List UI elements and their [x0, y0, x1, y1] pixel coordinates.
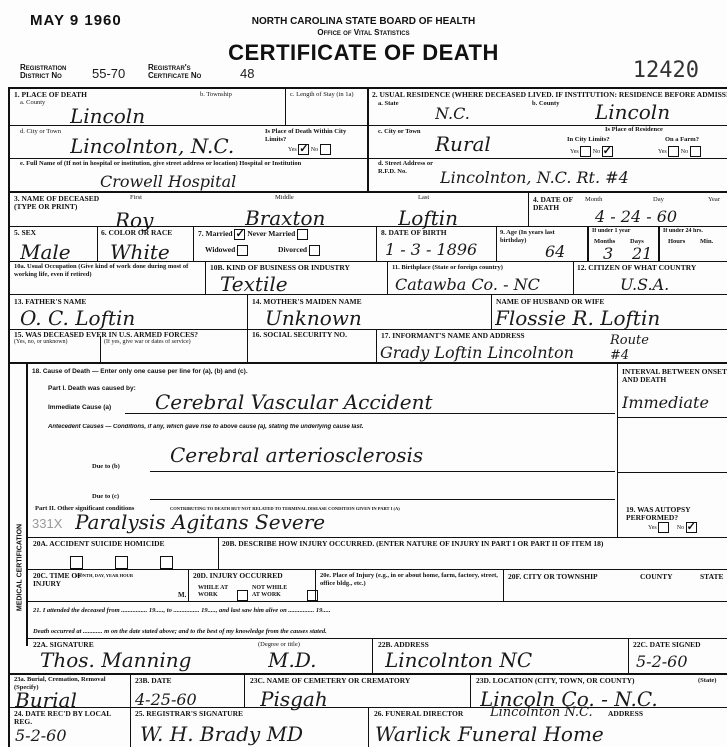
- length-of-stay-label: c. Length of Stay (in 1a): [290, 91, 365, 99]
- divorced-label: Divorced: [278, 245, 307, 254]
- death-occurred-statement: Death occurred at ............ m on the …: [33, 628, 633, 635]
- divider: [628, 638, 629, 674]
- min-label: Min.: [700, 238, 725, 246]
- divider: [285, 89, 286, 125]
- accident-label: 20a. Accident Suicide Homicide: [33, 540, 213, 548]
- injury-occurred-label: 20d. Injury Occurred: [193, 572, 313, 580]
- on-farm-yes-checkbox[interactable]: [668, 146, 679, 157]
- street-label: d. Street Address or R.F.D. No.: [378, 160, 438, 176]
- not-while-at-work-label: Not While at Work: [252, 585, 292, 599]
- divider: [193, 226, 194, 261]
- divider: [617, 417, 727, 418]
- date-recd-label: 24. Date Rec'd by Local Reg.: [14, 710, 129, 726]
- divider: [8, 191, 727, 193]
- death-city-value: Lincolnton, N.C.: [70, 134, 280, 158]
- on-farm-no-checkbox[interactable]: [690, 146, 701, 157]
- location-label: 23d. Location (City, town, or county): [476, 677, 656, 685]
- divider-vertical-top: [367, 87, 369, 192]
- citizen-label: 12. Citizen of What Country: [577, 264, 727, 272]
- divider: [368, 707, 369, 747]
- divider: [376, 226, 377, 261]
- widowed-label: Widowed: [205, 245, 235, 254]
- within-limits-yes-checkbox[interactable]: [298, 144, 309, 155]
- dob-value: 1 - 3 - 1896: [385, 240, 495, 259]
- divider: [150, 471, 615, 472]
- divider: [125, 413, 615, 414]
- injury-county-label: County: [640, 573, 690, 581]
- mother-label: 14. Mother's Maiden Name: [252, 298, 402, 306]
- registrar-cert-label: Registrar's Certificate No: [148, 64, 233, 80]
- reg-district-label: Registration District No: [20, 64, 90, 80]
- divider: [130, 673, 131, 747]
- divider: [470, 673, 471, 707]
- ssn-label: 16. Social Security No.: [252, 331, 372, 339]
- divider: [587, 226, 589, 261]
- widowed-checkbox[interactable]: [237, 245, 248, 256]
- divider: [503, 569, 504, 602]
- divider: [617, 499, 618, 537]
- document-title: CERTIFICATE OF DEATH: [0, 40, 727, 66]
- birthplace-label: 11. Birthplace (State or foreign country…: [392, 264, 542, 272]
- in-city-limits-no-checkbox[interactable]: [602, 146, 613, 157]
- time-m-label: M.: [178, 591, 193, 599]
- due-to-b-value: Cerebral arteriosclerosis: [170, 443, 570, 467]
- describe-injury-label: 20b. Describe how injury occurred. (Ente…: [222, 540, 722, 548]
- funeral-address-value: Lincolnton N.C.: [490, 705, 600, 720]
- injury-state-label: State: [700, 573, 727, 581]
- divider: [617, 472, 727, 473]
- divider: [315, 569, 316, 602]
- father-label: 13. Father's Name: [14, 298, 164, 306]
- part2-value: Paralysis Agitans Severe: [75, 510, 535, 534]
- divider: [28, 638, 727, 639]
- no-label: No: [681, 149, 688, 155]
- date-recd-value: 5-2-60: [15, 726, 125, 745]
- date-signed-label: 22c. Date Signed: [633, 641, 727, 649]
- divider: [10, 125, 368, 126]
- divider: [28, 569, 727, 570]
- due-to-c-label: Due to (c): [92, 493, 152, 500]
- divider: [28, 537, 727, 538]
- mother-value: Unknown: [265, 306, 415, 330]
- yes-label: Yes: [570, 149, 579, 155]
- divider: [387, 261, 388, 295]
- divider: [8, 673, 727, 675]
- res-city-label: c. City or Town: [378, 128, 423, 136]
- time-cols-label: Month, Day, Year Hour: [75, 573, 185, 578]
- immediate-cause-value: Cerebral Vascular Accident: [155, 390, 595, 414]
- funeral-address-label: Address: [608, 710, 658, 718]
- location-state-label: (State): [698, 677, 727, 685]
- county-label-2: b. County: [532, 100, 592, 108]
- office-name: Office of Vital Statistics: [0, 28, 727, 37]
- homicide-checkbox[interactable]: [160, 556, 173, 569]
- divorced-checkbox[interactable]: [309, 245, 320, 256]
- yes-label: Yes: [658, 149, 667, 155]
- funeral-director-value: Warlick Funeral Home: [375, 722, 725, 746]
- while-at-work-checkbox[interactable]: [237, 590, 248, 601]
- divider: [8, 329, 727, 330]
- deceased-name-label: 3. Name of Deceased (Type or Print): [14, 195, 104, 211]
- spouse-label: Name of Husband or Wife: [496, 298, 696, 306]
- divider: [376, 329, 377, 362]
- age-value: 64: [545, 242, 585, 261]
- place-of-death-label: 1. Place of Death: [14, 91, 184, 99]
- cemetery-label: 23c. Name of Cemetery or Crematory: [250, 677, 450, 685]
- attended-statement: 21. I attended the deceased from .......…: [33, 607, 727, 614]
- divider: [369, 158, 727, 159]
- date-of-death-value: 4 - 24 - 60: [595, 207, 725, 226]
- dob-label: 8. Date of Birth: [381, 229, 471, 237]
- under-24-hrs-label: If under 24 hrs.: [663, 228, 727, 235]
- usual-residence-label: 2. Usual Residence (Where deceased lived…: [372, 91, 727, 99]
- industry-label: 10b. Kind of Business or Industry: [210, 264, 390, 272]
- township-label: b. Township: [200, 91, 280, 99]
- divider: [528, 193, 529, 227]
- married-label: 7. Married: [198, 229, 233, 238]
- autopsy-yes-checkbox[interactable]: [658, 522, 669, 533]
- informant-value: Grady Loftin Lincolnton: [380, 343, 720, 362]
- medical-certification-label: MEDICAL CERTIFICATION: [17, 498, 24, 638]
- hours-label: Hours: [668, 238, 693, 246]
- burial-date-label: 23b. Date: [135, 677, 195, 685]
- city-label: d. City or Town: [20, 128, 65, 136]
- divider: [188, 569, 189, 602]
- married-checkbox[interactable]: [234, 229, 245, 240]
- middle-label: Middle: [275, 194, 315, 202]
- place-of-residence-label: Is Place of Residence: [605, 126, 725, 134]
- sex-label: 5. Sex: [14, 229, 54, 237]
- accident-checkbox[interactable]: [70, 556, 83, 569]
- registrar-signature-label: 25. Registrar's Signature: [135, 710, 285, 718]
- occupation-label: 10a. Usual Occupation (Give kind of work…: [14, 263, 199, 279]
- autopsy-label: 19. Was Autopsy Performed?: [626, 506, 726, 522]
- registrar-cert-value: 48: [240, 66, 254, 81]
- in-city-limits-yes-checkbox[interactable]: [580, 146, 591, 157]
- divider: [244, 673, 245, 707]
- informant-label: 17. Informant's Name and Address: [381, 332, 581, 340]
- citizen-value: U.S.A.: [620, 275, 720, 294]
- residence-city-value: Rural: [435, 132, 565, 156]
- date-signed-value: 5-2-60: [636, 652, 726, 671]
- divider: [617, 364, 618, 499]
- divider: [372, 638, 373, 674]
- place-of-injury-label: 20e. Place of Injury (e.g., in or about …: [320, 572, 500, 588]
- city-township-label: 20f. City or Township: [508, 573, 608, 581]
- on-farm-label: On a Farm?: [665, 136, 725, 144]
- spouse-value: Flossie R. Loftin: [495, 306, 725, 330]
- interval-value: Immediate: [622, 393, 727, 412]
- no-label: No: [593, 149, 600, 155]
- divider: [247, 294, 248, 362]
- divider: [150, 499, 615, 500]
- day-label: Day: [653, 196, 683, 204]
- divider: [658, 226, 660, 261]
- divider: [26, 364, 28, 646]
- medical-certification-sidebar: MEDICAL CERTIFICATION: [10, 364, 26, 646]
- divider: [8, 261, 727, 262]
- burial-value: Burial: [15, 688, 125, 712]
- autopsy-no-checkbox[interactable]: [686, 522, 697, 533]
- divider: [8, 294, 727, 295]
- hospital-label: e. Full Name of (If not in hospital or i…: [20, 160, 360, 168]
- divider: [218, 537, 219, 570]
- last-label: Last: [418, 194, 458, 202]
- due-to-b-label: Due to (b): [92, 463, 152, 470]
- physician-address-value: Lincolnton NC: [385, 648, 615, 672]
- armed-forces-war-note: (If yes, give war or dates of service): [104, 339, 244, 346]
- never-married-checkbox[interactable]: [297, 229, 308, 240]
- hospital-value: Crowell Hospital: [100, 172, 360, 191]
- part2-code: 331X: [32, 516, 72, 531]
- in-city-limits-label: In City Limits?: [567, 136, 637, 144]
- father-value: O. C. Loftin: [20, 306, 240, 330]
- state-label: a. State: [378, 100, 438, 108]
- divider: [97, 226, 98, 261]
- degree-value: M.D.: [268, 648, 348, 672]
- suicide-checkbox[interactable]: [115, 556, 128, 569]
- armed-forces-label: 15. Was Deceased Ever in U.S. Armed Forc…: [14, 331, 254, 339]
- reg-district-value: 55-70: [92, 66, 125, 81]
- divider: [573, 261, 574, 295]
- antecedent-label: Antecedent Causes — Conditions, if any, …: [48, 424, 568, 430]
- within-limits-label: Is Place of Death Within City Limits?: [265, 128, 365, 144]
- date-of-death-label: 4. Date of Death: [533, 196, 573, 212]
- divider: [205, 261, 206, 295]
- race-label: 6. Color or Race: [101, 229, 191, 237]
- certificate-number: 12420: [633, 58, 699, 83]
- yes-label: Yes: [648, 525, 657, 531]
- month-label: Month: [585, 196, 615, 204]
- divider: [8, 362, 727, 364]
- physician-signature-value: Thos. Manning: [40, 648, 220, 672]
- cause-of-death-label: 18. Cause of Death — Enter only one caus…: [32, 368, 452, 375]
- industry-value: Textile: [220, 272, 370, 296]
- armed-forces-note: (Yes, no, or unknown): [14, 339, 104, 346]
- residence-state-value: N.C.: [435, 104, 515, 123]
- birthplace-value: Catawba Co. - NC: [395, 275, 545, 294]
- divider: [491, 294, 492, 329]
- not-while-at-work-checkbox[interactable]: [307, 590, 318, 601]
- residence-street-value: Lincolnton, N.C. Rt. #4: [440, 168, 725, 187]
- interval-label: Interval Between Onset and Death: [622, 368, 727, 384]
- board-name: NORTH CAROLINA STATE BOARD OF HEALTH: [0, 16, 727, 27]
- divider: [10, 158, 368, 159]
- registrar-signature-value: W. H. Brady MD: [140, 722, 360, 746]
- yes-label: Yes: [288, 147, 297, 153]
- immediate-cause-label: Immediate Cause (a): [48, 404, 158, 411]
- divider: [496, 226, 497, 261]
- no-label: No: [677, 525, 684, 531]
- divider: [28, 601, 727, 602]
- residence-county-value: Lincoln: [595, 100, 725, 124]
- within-limits-no-checkbox[interactable]: [320, 144, 331, 155]
- under-1-year-label: If under 1 year: [592, 228, 652, 235]
- while-at-work-label: While at Work: [198, 585, 238, 599]
- first-label: First: [130, 194, 160, 202]
- no-label: No: [311, 147, 318, 153]
- never-married-label: Never Married: [247, 229, 295, 238]
- divider: [100, 336, 101, 362]
- divider: [8, 226, 727, 227]
- year-label: Year: [708, 196, 727, 204]
- funeral-director-label: 26. Funeral Director: [374, 710, 484, 718]
